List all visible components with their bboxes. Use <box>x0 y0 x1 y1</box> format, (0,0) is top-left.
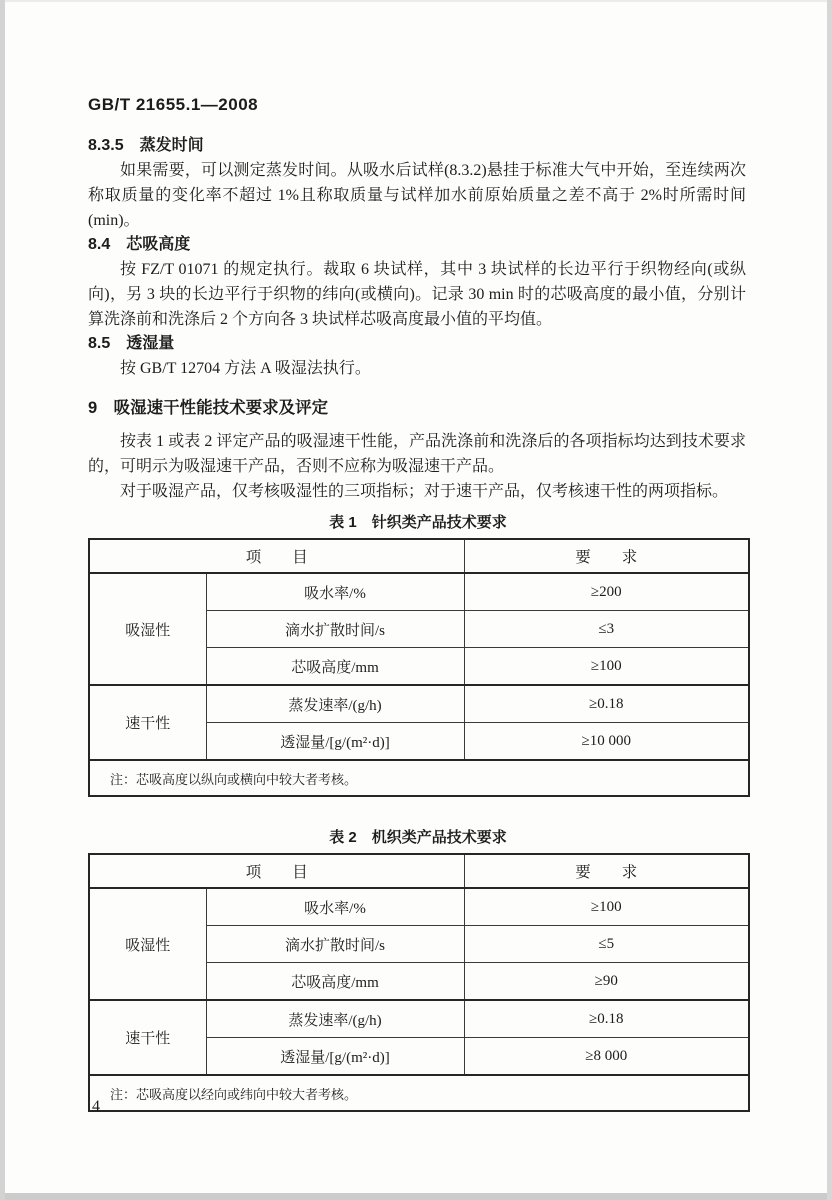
table-2-req-cell: ≥100 <box>464 888 749 926</box>
table-row: 吸湿性 吸水率/% ≥100 <box>89 888 749 926</box>
table-row: 吸湿性 吸水率/% ≥200 <box>89 573 749 611</box>
table-2-req-cell: ≥0.18 <box>464 1000 749 1038</box>
table-2-item-cell: 芯吸高度/mm <box>206 963 464 1001</box>
table-2-item-cell: 滴水扩散时间/s <box>206 926 464 963</box>
table-2-caption: 表 2 机织类产品技术要求 <box>88 827 748 849</box>
standard-code-header: GB/T 21655.1—2008 <box>88 94 746 116</box>
table-row: 速干性 蒸发速率/(g/h) ≥0.18 <box>89 685 749 723</box>
table-row: 项 目 要 求 <box>89 854 749 888</box>
table-2-group-quickdry: 速干性 <box>89 1000 206 1075</box>
table-2-note: 注：芯吸高度以经向或纬向中较大者考核。 <box>89 1075 749 1111</box>
table-1-item-header: 项 目 <box>89 539 464 573</box>
paragraph-8-3-5: 如果需要，可以测定蒸发时间。从吸水后试样(8.3.2)悬挂于标准大气中开始，至连… <box>88 158 746 233</box>
table-1-group-quickdry: 速干性 <box>89 685 206 760</box>
table-1-req-cell: ≥0.18 <box>464 685 749 723</box>
paragraph-9-1: 按表 1 或表 2 评定产品的吸湿速干性能，产品洗涤前和洗涤后的各项指标均达到技… <box>88 429 746 479</box>
table-2-item-cell: 吸水率/% <box>206 888 464 926</box>
table-row: 项 目 要 求 <box>89 539 749 573</box>
table-2-group-absorbency: 吸湿性 <box>89 888 206 1000</box>
table-1-req-header: 要 求 <box>464 539 749 573</box>
table-1-req-cell: ≤3 <box>464 611 749 648</box>
table-1-item-cell: 透湿量/[g/(m²·d)] <box>206 723 464 761</box>
paragraph-9-2: 对于吸湿产品，仅考核吸湿性的三项指标；对于速干产品，仅考核速干性的两项指标。 <box>88 479 746 504</box>
table-2-req-cell: ≥8 000 <box>464 1038 749 1076</box>
table-2-item-header: 项 目 <box>89 854 464 888</box>
table-row: 速干性 蒸发速率/(g/h) ≥0.18 <box>89 1000 749 1038</box>
page-number: 4 <box>92 1098 100 1116</box>
heading-8-5: 8.5 透湿量 <box>88 332 746 356</box>
table-1-group-absorbency: 吸湿性 <box>89 573 206 685</box>
heading-9: 9 吸湿速干性能技术要求及评定 <box>88 395 746 421</box>
table-1-req-cell: ≥100 <box>464 648 749 686</box>
table-2-req-cell: ≥90 <box>464 963 749 1001</box>
page-content: GB/T 21655.1—2008 8.3.5 蒸发时间 如果需要，可以测定蒸发… <box>0 0 832 1112</box>
table-1-item-cell: 蒸发速率/(g/h) <box>206 685 464 723</box>
table-1-req-cell: ≥200 <box>464 573 749 611</box>
table-2-item-cell: 蒸发速率/(g/h) <box>206 1000 464 1038</box>
heading-8-4: 8.4 芯吸高度 <box>88 233 746 257</box>
paragraph-8-4: 按 FZ/T 01071 的规定执行。裁取 6 块试样，其中 3 块试样的长边平… <box>88 257 746 332</box>
table-1-caption: 表 1 针织类产品技术要求 <box>88 512 748 534</box>
table-1-item-cell: 吸水率/% <box>206 573 464 611</box>
table-2-item-cell: 透湿量/[g/(m²·d)] <box>206 1038 464 1076</box>
table-2-req-header: 要 求 <box>464 854 749 888</box>
table-1-item-cell: 芯吸高度/mm <box>206 648 464 686</box>
table-1-req-cell: ≥10 000 <box>464 723 749 761</box>
table-1-item-cell: 滴水扩散时间/s <box>206 611 464 648</box>
table-row: 注：芯吸高度以纵向或横向中较大者考核。 <box>89 760 749 796</box>
paragraph-8-5: 按 GB/T 12704 方法 A 吸湿法执行。 <box>88 356 746 381</box>
document-page: GB/T 21655.1—2008 8.3.5 蒸发时间 如果需要，可以测定蒸发… <box>0 0 832 1200</box>
table-1-note: 注：芯吸高度以纵向或横向中较大者考核。 <box>89 760 749 796</box>
heading-8-3-5: 8.3.5 蒸发时间 <box>88 134 746 158</box>
table-row: 注：芯吸高度以经向或纬向中较大者考核。 <box>89 1075 749 1111</box>
table-1-knitted-requirements: 项 目 要 求 吸湿性 吸水率/% ≥200 滴水扩散时间/s ≤3 芯吸高度/… <box>88 538 750 797</box>
table-2-req-cell: ≤5 <box>464 926 749 963</box>
table-2-woven-requirements: 项 目 要 求 吸湿性 吸水率/% ≥100 滴水扩散时间/s ≤5 芯吸高度/… <box>88 853 750 1112</box>
